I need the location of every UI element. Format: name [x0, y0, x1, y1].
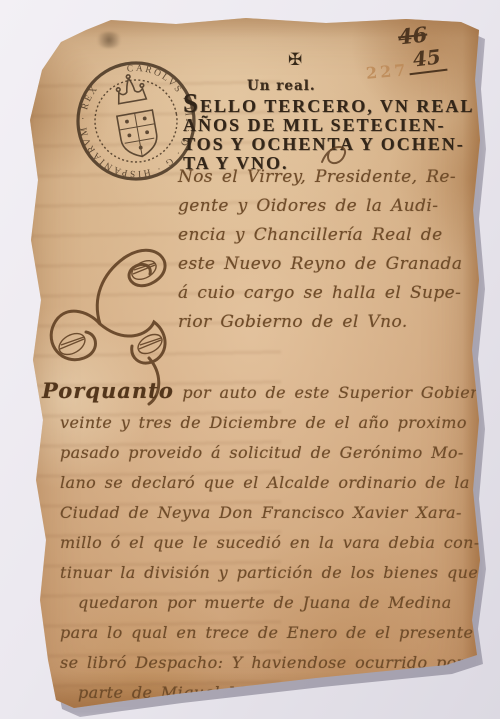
- body-line: pasado proveido á solicitud de Gerónimo …: [42, 438, 482, 468]
- body-line-text: por auto de este Superior Gobierno de: [182, 383, 500, 402]
- folio-number-current: 45: [406, 44, 447, 75]
- archive-stamp-number: 227: [365, 60, 409, 83]
- fee-label: Un real.: [247, 78, 316, 94]
- opening-paragraph: Nos el Virrey, Presidente, Re- gente y O…: [178, 163, 483, 337]
- opening-line: encia y Chancillería Real de: [178, 221, 483, 250]
- opening-line: gente y Oidores de la Audi-: [178, 192, 483, 221]
- opening-line: á cuio cargo se halla el Supe-: [178, 279, 483, 308]
- heading-line: AÑOS DE MIL SETECIEN-: [183, 116, 483, 135]
- body-line: Porquanto por auto de este Superior Gobi…: [42, 376, 482, 408]
- body-paragraph: Porquanto por auto de este Superior Gobi…: [42, 376, 482, 708]
- seal-crown-icon: [114, 72, 146, 103]
- ink-smudge: [94, 32, 124, 48]
- body-line: Ciudad de Neyva Don Francisco Xavier Xar…: [42, 498, 482, 528]
- opening-line: rior Gobierno de el Vno.: [178, 308, 483, 337]
- ink-smudge: [38, 28, 64, 46]
- heading-line: SELLO TERCERO, VN REAL: [183, 94, 483, 116]
- body-line: para lo qual en trece de Enero de el pre…: [42, 618, 482, 648]
- body-line: lano se declaró que el Alcalde ordinario…: [42, 468, 482, 498]
- seal-coat-of-arms: [117, 110, 160, 160]
- photo-backdrop: 46 45 227 ✠ Un real. CAROLVS · III · D ·…: [0, 0, 500, 719]
- maltese-cross-icon: ✠: [288, 50, 302, 70]
- body-line: veinte y tres de Diciembre de el año pro…: [42, 408, 482, 438]
- body-lead-word: Porquanto: [42, 378, 174, 403]
- body-line: tinuar la división y partición de los bi…: [42, 558, 482, 588]
- opening-line: Nos el Virrey, Presidente, Re-: [178, 163, 483, 192]
- body-line: millo ó el que le sucedió en la vara deb…: [42, 528, 482, 558]
- manuscript-page: 46 45 227 ✠ Un real. CAROLVS · III · D ·…: [16, 10, 486, 714]
- opening-line: este Nuevo Reyno de Granada: [178, 250, 483, 279]
- body-line: quedaron por muerte de Juana de Medina: [42, 588, 482, 618]
